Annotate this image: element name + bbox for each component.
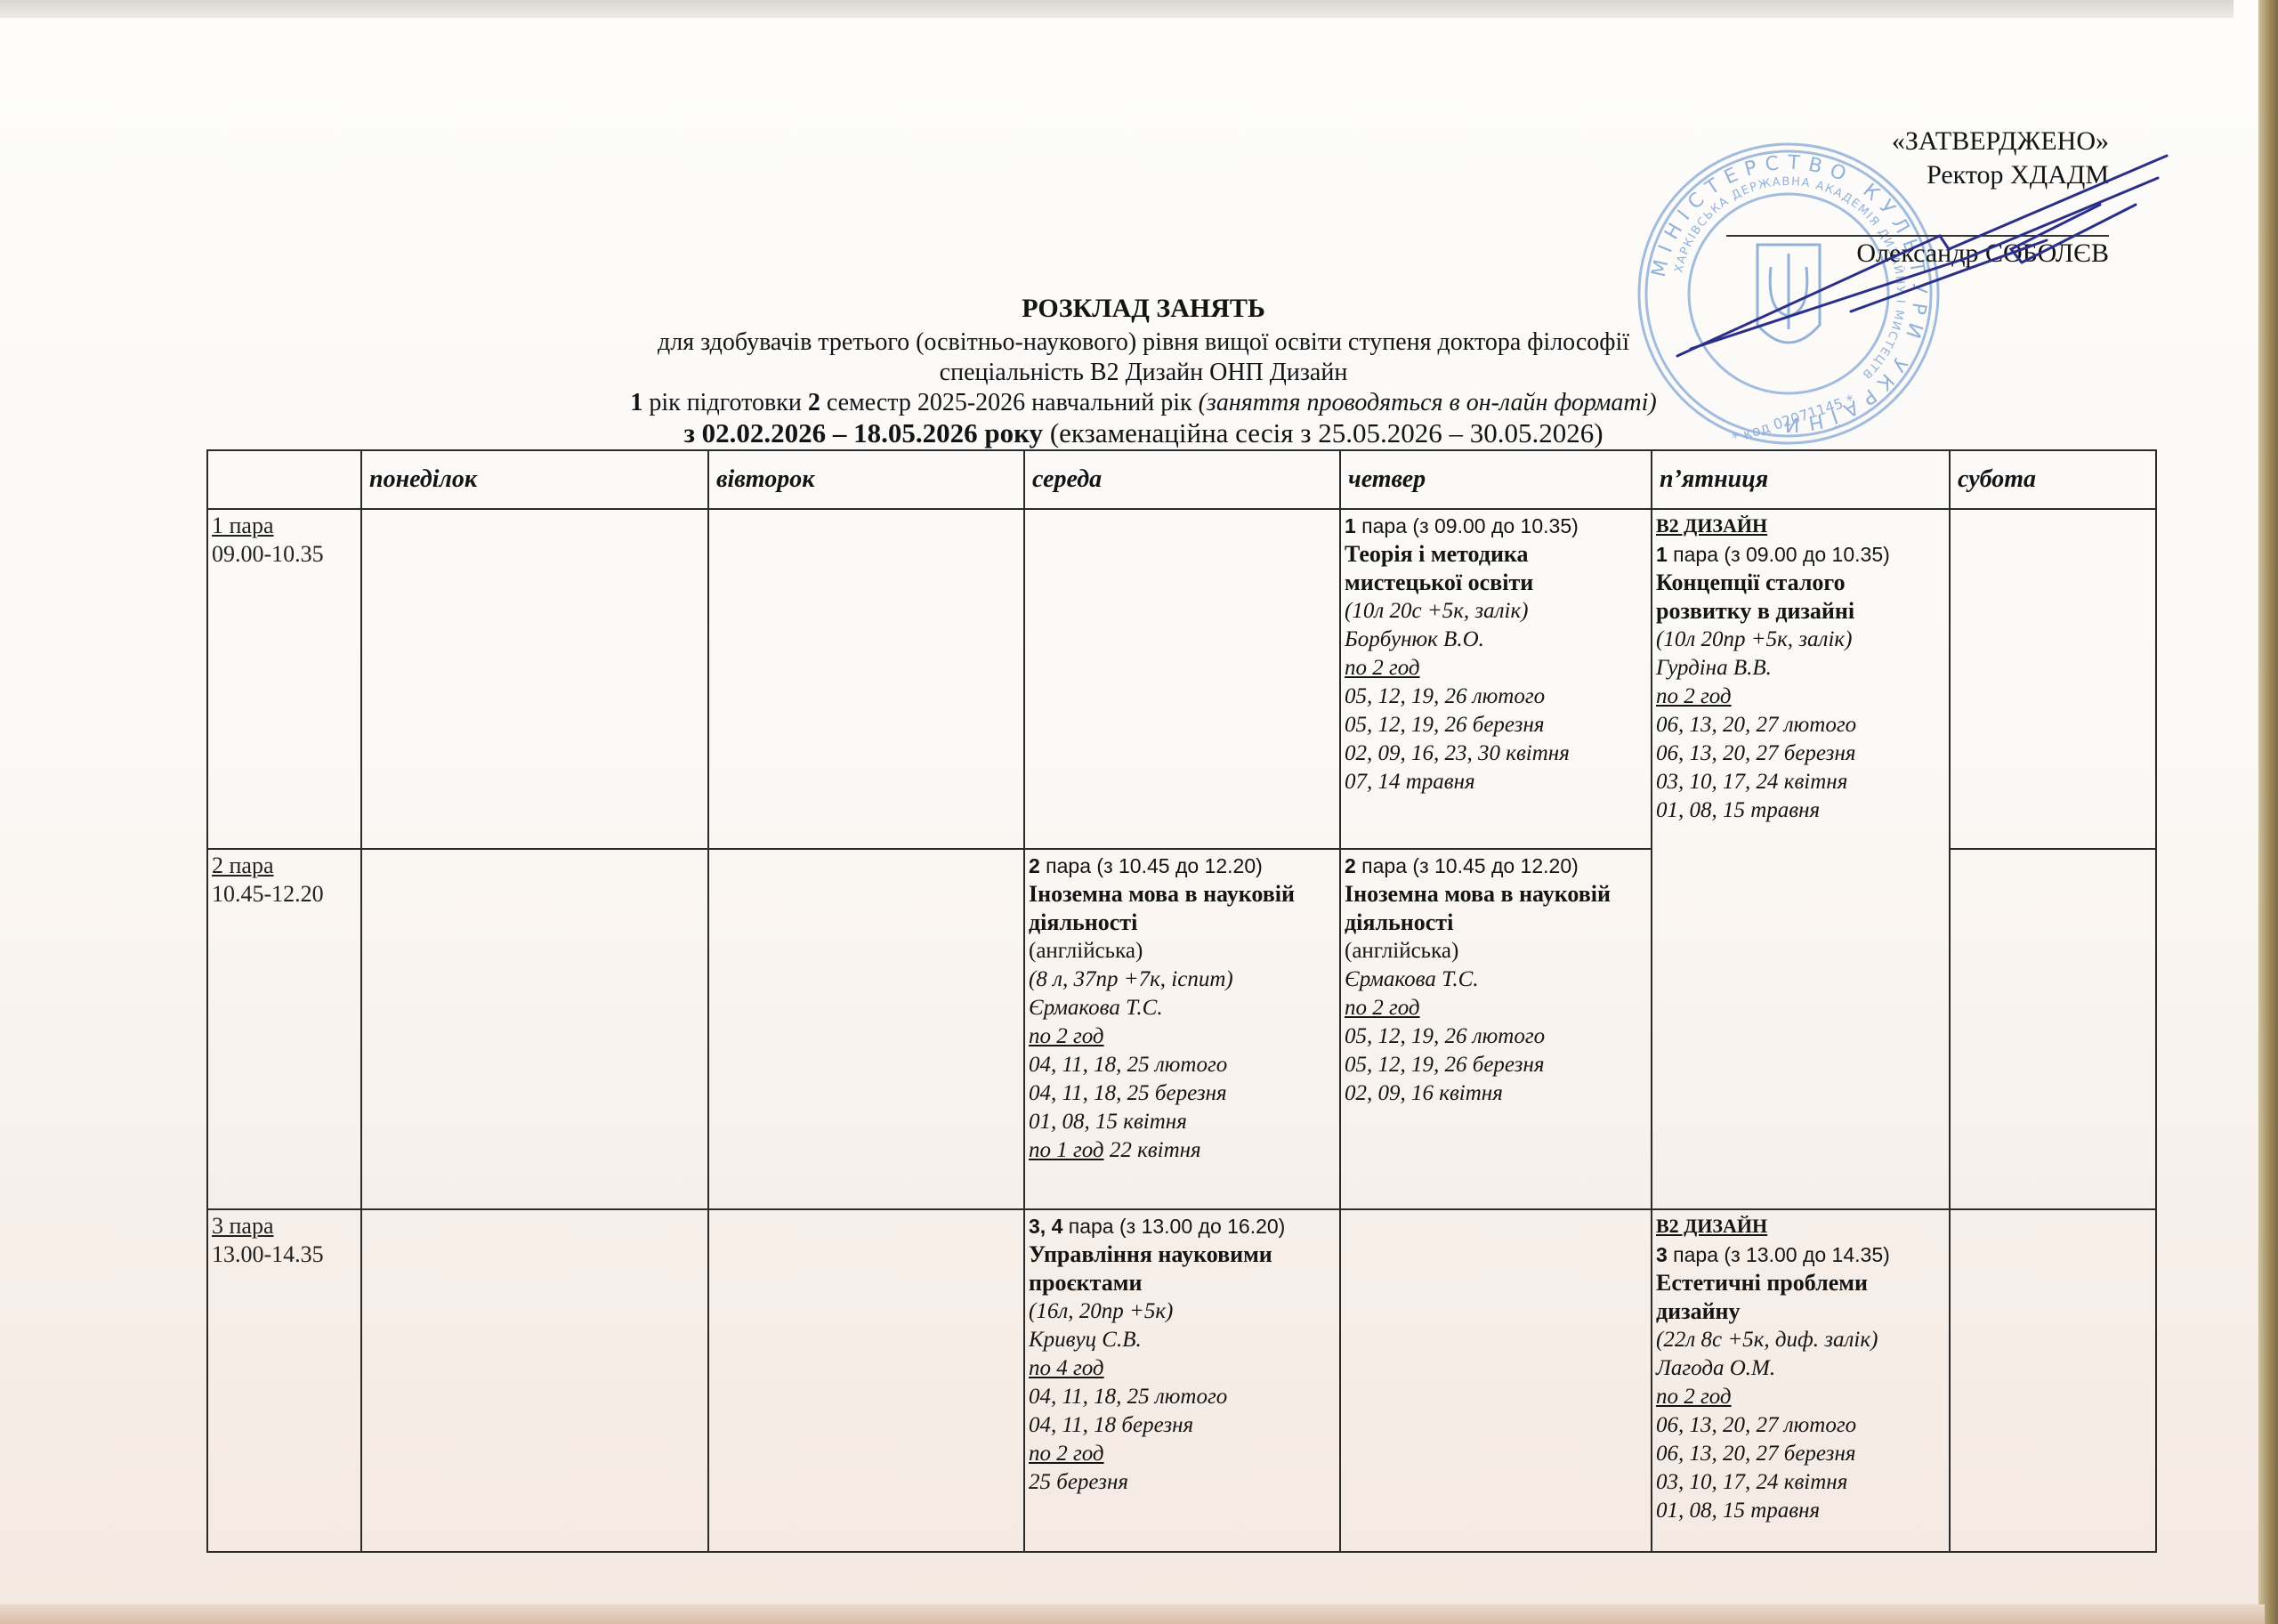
cell-thu-2: 2 пара (з 10.45 до 12.20) Іноземна мова … [1340,849,1652,1209]
approver-name: Олександр СОБОЛЄВ [1726,237,2109,271]
teacher-name: Кривуц С.В. [1029,1326,1336,1354]
table-row: 1 пара 09.00-10.35 1 пара (з 09.00 до 10… [207,509,2156,849]
cell-fri-3: В2 ДИЗАЙН 3 пара (з 13.00 до 14.35) Есте… [1652,1209,1950,1552]
schedule-audience: для здобувачів третього (освітньо-науков… [498,327,1789,358]
subject-name: Іноземна мова в науковій діяльності [1029,880,1336,937]
cell-sat-1 [1950,509,2156,849]
schedule-table: понеділок вівторок середа четвер п’ятниц… [206,449,2157,1553]
cell-sat-3 [1950,1209,2156,1552]
cell-wed-2: 2 пара (з 10.45 до 12.20) Іноземна мова … [1024,849,1340,1209]
day-header-friday: п’ятниця [1652,450,1950,509]
approval-block: «ЗАТВЕРДЖЕНО» Ректор ХДАДМ Олександр СОБ… [1726,125,2109,271]
cell-tue-2 [708,849,1024,1209]
day-header-wednesday: середа [1024,450,1340,509]
subject-name: Естетичні проблеми дизайну [1656,1269,1945,1326]
teacher-name: Єрмакова Т.С. [1029,994,1336,1022]
cell-tue-1 [708,509,1024,849]
teacher-name: Гурдіна В.В. [1656,654,1945,683]
row-header-pair-1: 1 пара 09.00-10.35 [207,509,361,849]
approver-position: Ректор ХДАДМ [1726,158,2109,192]
cell-mon-2 [361,849,708,1209]
corner-cell [207,450,361,509]
cell-wed-3: 3, 4 пара (з 13.00 до 16.20) Управління … [1024,1209,1340,1552]
schedule-year-semester: 1 рік підготовки 2 семестр 2025-2026 нав… [498,388,1789,418]
teacher-name: Єрмакова Т.С. [1345,966,1647,994]
cell-mon-1 [361,509,708,849]
subject-name: Іноземна мова в науковій діяльності [1345,880,1647,937]
table-row: 3 пара 13.00-14.35 3, 4 пара (з 13.00 до… [207,1209,2156,1552]
desk-edge [2258,0,2278,1624]
cell-thu-1: 1 пара (з 09.00 до 10.35) Теорія і метод… [1340,509,1652,849]
day-header-monday: понеділок [361,450,708,509]
day-header-tuesday: вівторок [708,450,1024,509]
cell-sat-2 [1950,849,2156,1209]
paper-bottom-edge [0,1604,2265,1624]
cell-tue-3 [708,1209,1024,1552]
schedule-heading: РОЗКЛАД ЗАНЯТЬ [498,294,1789,324]
cell-thu-3 [1340,1209,1652,1552]
teacher-name: Борбунюк В.О. [1345,626,1647,654]
paper-top-edge [0,0,2234,18]
teacher-name: Лагода О.М. [1656,1354,1945,1383]
approved-label: «ЗАТВЕРДЖЕНО» [1726,125,2109,158]
subject-name: Теорія і методика мистецької освіти [1345,540,1647,597]
schedule-specialty: спеціальність В2 Дизайн ОНП Дизайн [498,358,1789,388]
day-header-saturday: субота [1950,450,2156,509]
row-header-pair-2: 2 пара 10.45-12.20 [207,849,361,1209]
row-header-pair-3: 3 пара 13.00-14.35 [207,1209,361,1552]
schedule-period: з 02.02.2026 – 18.05.2026 року (екзамена… [498,418,1789,448]
cell-wed-1 [1024,509,1340,849]
subject-name: Концепції сталого розвитку в дизайні [1656,569,1945,626]
cell-fri-1-2: В2 ДИЗАЙН 1 пара (з 09.00 до 10.35) Конц… [1652,509,1950,1209]
cell-mon-3 [361,1209,708,1552]
signature-line [1726,192,2109,237]
day-header-thursday: четвер [1340,450,1652,509]
table-header-row: понеділок вівторок середа четвер п’ятниц… [207,450,2156,509]
subject-name: Управління науковими проєктами [1029,1240,1336,1297]
schedule-title-block: РОЗКЛАД ЗАНЯТЬ для здобувачів третього (… [498,294,1789,448]
